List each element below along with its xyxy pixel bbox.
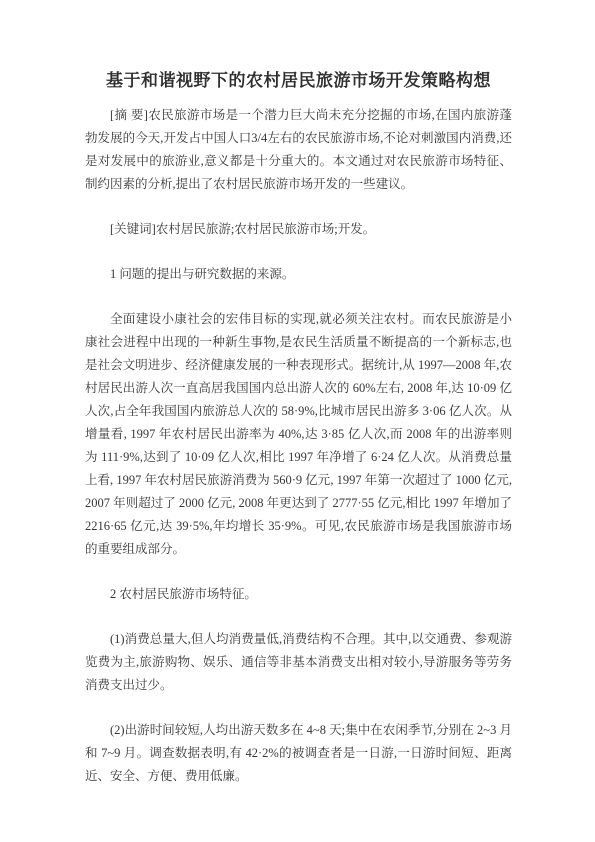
document-page: 基于和谐视野下的农村居民旅游市场开发策略构想 [摘 要]农民旅游市场是一个潜力巨… — [0, 0, 595, 842]
section-2-paragraph-2: (2)出游时间较短,人均出游天数多在 4~8 天;集中在农闲季节,分别在 2~3… — [85, 719, 512, 788]
section-1-heading: 1 问题的提出与研究数据的来源。 — [85, 263, 512, 286]
section-2-paragraph-1: (1)消费总量大,但人均消费量低,消费结构不合理。其中,以交通费、参观游览费为主… — [85, 628, 512, 697]
abstract-paragraph: [摘 要]农民旅游市场是一个潜力巨大尚未充分挖掘的市场,在国内旅游蓬勃发展的今天… — [85, 104, 512, 196]
page-title: 基于和谐视野下的农村居民旅游市场开发策略构想 — [85, 68, 512, 94]
section-1-paragraph: 全面建设小康社会的宏伟目标的实现,就必须关注农村。而农民旅游是小康社会进程中出现… — [85, 308, 512, 561]
keywords-paragraph: [关键词]农村居民旅游;农村居民旅游市场;开发。 — [85, 218, 512, 241]
section-2-heading: 2 农村居民旅游市场特征。 — [85, 583, 512, 606]
document-content: 基于和谐视野下的农村居民旅游市场开发策略构想 [摘 要]农民旅游市场是一个潜力巨… — [0, 0, 595, 788]
